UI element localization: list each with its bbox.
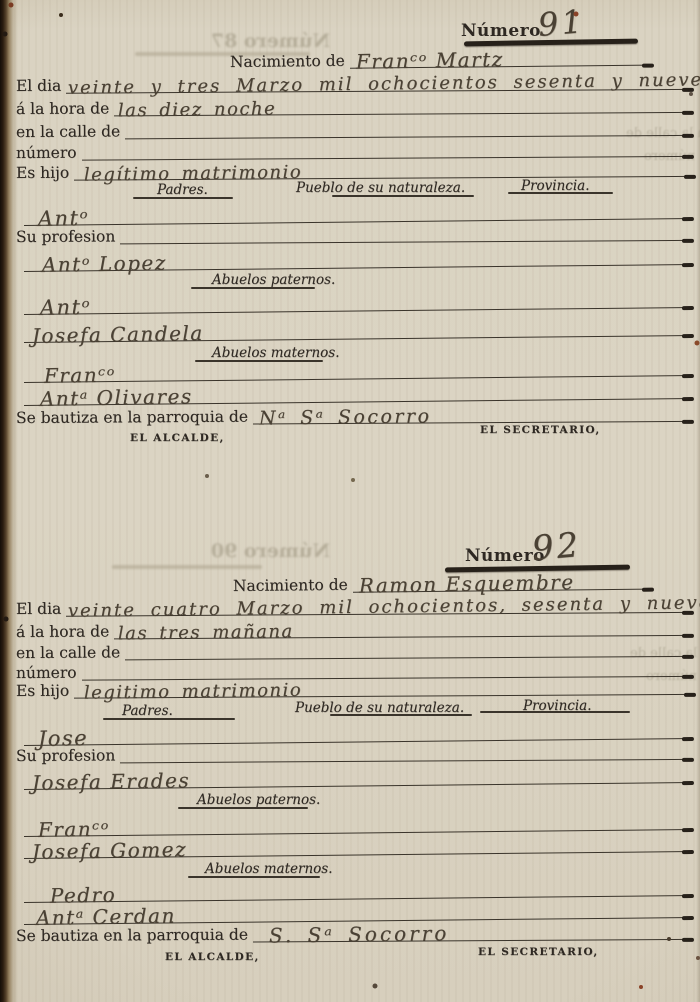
parish-row: Se bautiza en la parroquia de S. Sᵃ Soco… — [16, 916, 692, 944]
pueblo-underline — [330, 714, 472, 716]
record-number-handwriting: 91 — [536, 2, 586, 44]
legitimacy-handwriting: legitimo matrimonio — [84, 680, 303, 704]
provincia-underline — [480, 711, 630, 713]
grandparent-row: Antᵒ — [24, 284, 692, 315]
alcalde-label: EL ALCALDE, — [130, 432, 225, 444]
scanned-birth-registry-page: Número 87 en la calle de número Número 9… — [0, 0, 700, 1002]
padres-header: Padres. — [157, 182, 208, 198]
parish-handwriting: S. Sᵃ Socorro — [269, 921, 450, 947]
grandparent-field: Josefa Candela — [24, 311, 692, 343]
parish-field: S. Sᵃ Socorro — [253, 915, 692, 943]
alcalde-label: EL ALCALDE, — [165, 951, 260, 963]
record-number-handwriting: 92 — [530, 525, 583, 569]
pueblo-header: Pueblo de su naturaleza. — [296, 180, 465, 196]
se-bautiza-label: Se bautiza en la parroquia de — [16, 927, 253, 944]
grandparent-handwriting: Josefa Erades — [32, 768, 191, 795]
es-hijo-label: Es hijo — [16, 683, 74, 699]
el-dia-label: El dia — [16, 601, 66, 617]
provincia-underline — [508, 192, 613, 194]
se-bautiza-label: Se bautiza en la parroquia de — [16, 409, 253, 426]
grandparent-handwriting: Josefa Gomez — [32, 837, 188, 864]
grandparent-row: Antᵒ Lopez — [24, 241, 692, 272]
secretario-label: EL SECRETARIO, — [478, 946, 599, 958]
grandparent-handwriting: Antᵒ Lopez — [42, 251, 167, 277]
page-right-edge — [696, 0, 700, 1002]
numero-label: Número — [461, 21, 541, 41]
grandparent-field: Antᵒ Lopez — [24, 240, 692, 272]
legitimacy-row: Es hijo legítimo matrimonio — [16, 153, 694, 181]
paper-specks — [0, 0, 2, 2]
bleed-through-bar — [112, 565, 262, 569]
abuelos-paternos-label: Abuelos paternos. — [212, 272, 335, 288]
el-dia-label: El dia — [16, 78, 66, 94]
grandparent-handwriting: Josefa Candela — [32, 321, 204, 348]
grandparent-row: Josefa Gomez — [24, 828, 692, 859]
grandparent-row: Josefa Erades — [24, 759, 692, 790]
es-hijo-label: Es hijo — [16, 165, 74, 181]
grandparent-field: Antᵒ — [24, 283, 692, 315]
grandparent-row: Josefa Candela — [24, 312, 692, 343]
legitimacy-field: legitimo matrimonio — [74, 670, 694, 699]
su-profesion-label: Su profesion — [16, 229, 120, 245]
grandparent-handwriting: Antᵒ — [40, 295, 92, 320]
bleed-through-text: Número 90 — [100, 540, 330, 562]
legitimacy-field: legítimo matrimonio — [74, 152, 694, 181]
binding-edge — [0, 0, 18, 1002]
parish-field: Nᵃ Sᵃ Socorro — [253, 397, 692, 425]
legitimacy-row: Es hijo legitimo matrimonio — [16, 671, 694, 699]
padres-header: Padres. — [122, 703, 173, 719]
abuelos-paternos-label: Abuelos paternos. — [197, 792, 320, 808]
secretario-label: EL SECRETARIO, — [480, 424, 601, 436]
su-profesion-label: Su profesion — [16, 748, 120, 764]
parish-row: Se bautiza en la parroquia de Nᵃ Sᵃ Soco… — [16, 398, 692, 426]
parish-handwriting: Nᵃ Sᵃ Socorro — [259, 405, 432, 429]
